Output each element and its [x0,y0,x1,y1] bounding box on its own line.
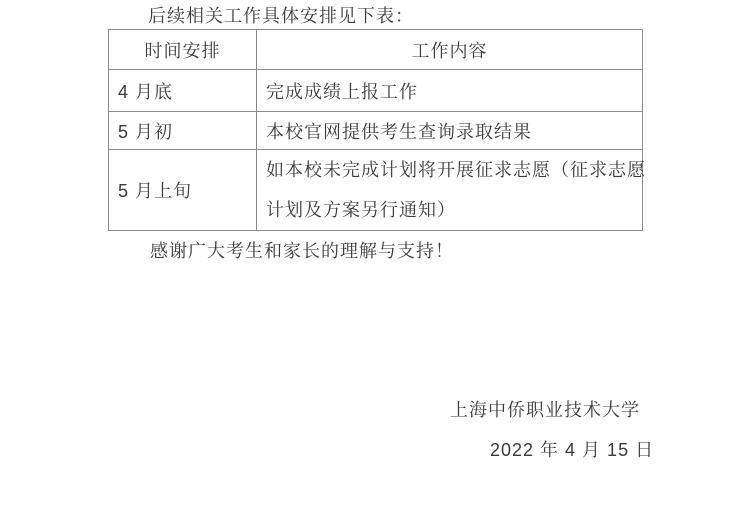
time-cell: 5 月初 [109,112,257,149]
table-header-content: 工作内容 [257,30,642,69]
table-header-time: 时间安排 [109,30,257,69]
schedule-table: 时间安排 工作内容 4 月底 完成成绩上报工作 5 月初 本校官网提供考生查询录… [108,29,643,231]
intro-text: 后续相关工作具体安排见下表： [148,2,414,28]
signature-organization: 上海中侨职业技术大学 [450,396,640,422]
content-cell: 完成成绩上报工作 [257,70,642,111]
content-cell: 本校官网提供考生查询录取结果 [257,112,642,149]
table-row: 4 月底 完成成绩上报工作 [109,69,642,111]
content-line: 如本校未完成计划将开展征求志愿（征求志愿 [266,150,646,190]
signature-date: 2022 年 4 月 15 日 [490,436,654,462]
content-line: 计划及方案另行通知） [266,190,456,230]
table-header-row: 时间安排 工作内容 [109,30,642,69]
table-row: 5 月初 本校官网提供考生查询录取结果 [109,111,642,149]
thanks-text: 感谢广大考生和家长的理解与支持！ [150,237,454,263]
table-row: 5 月上旬 如本校未完成计划将开展征求志愿（征求志愿 计划及方案另行通知） [109,149,642,230]
time-cell: 5 月上旬 [109,150,257,230]
document-page: 后续相关工作具体安排见下表： 时间安排 工作内容 4 月底 完成成绩上报工作 5… [0,0,749,528]
time-cell: 4 月底 [109,70,257,111]
content-cell: 如本校未完成计划将开展征求志愿（征求志愿 计划及方案另行通知） [257,150,646,230]
